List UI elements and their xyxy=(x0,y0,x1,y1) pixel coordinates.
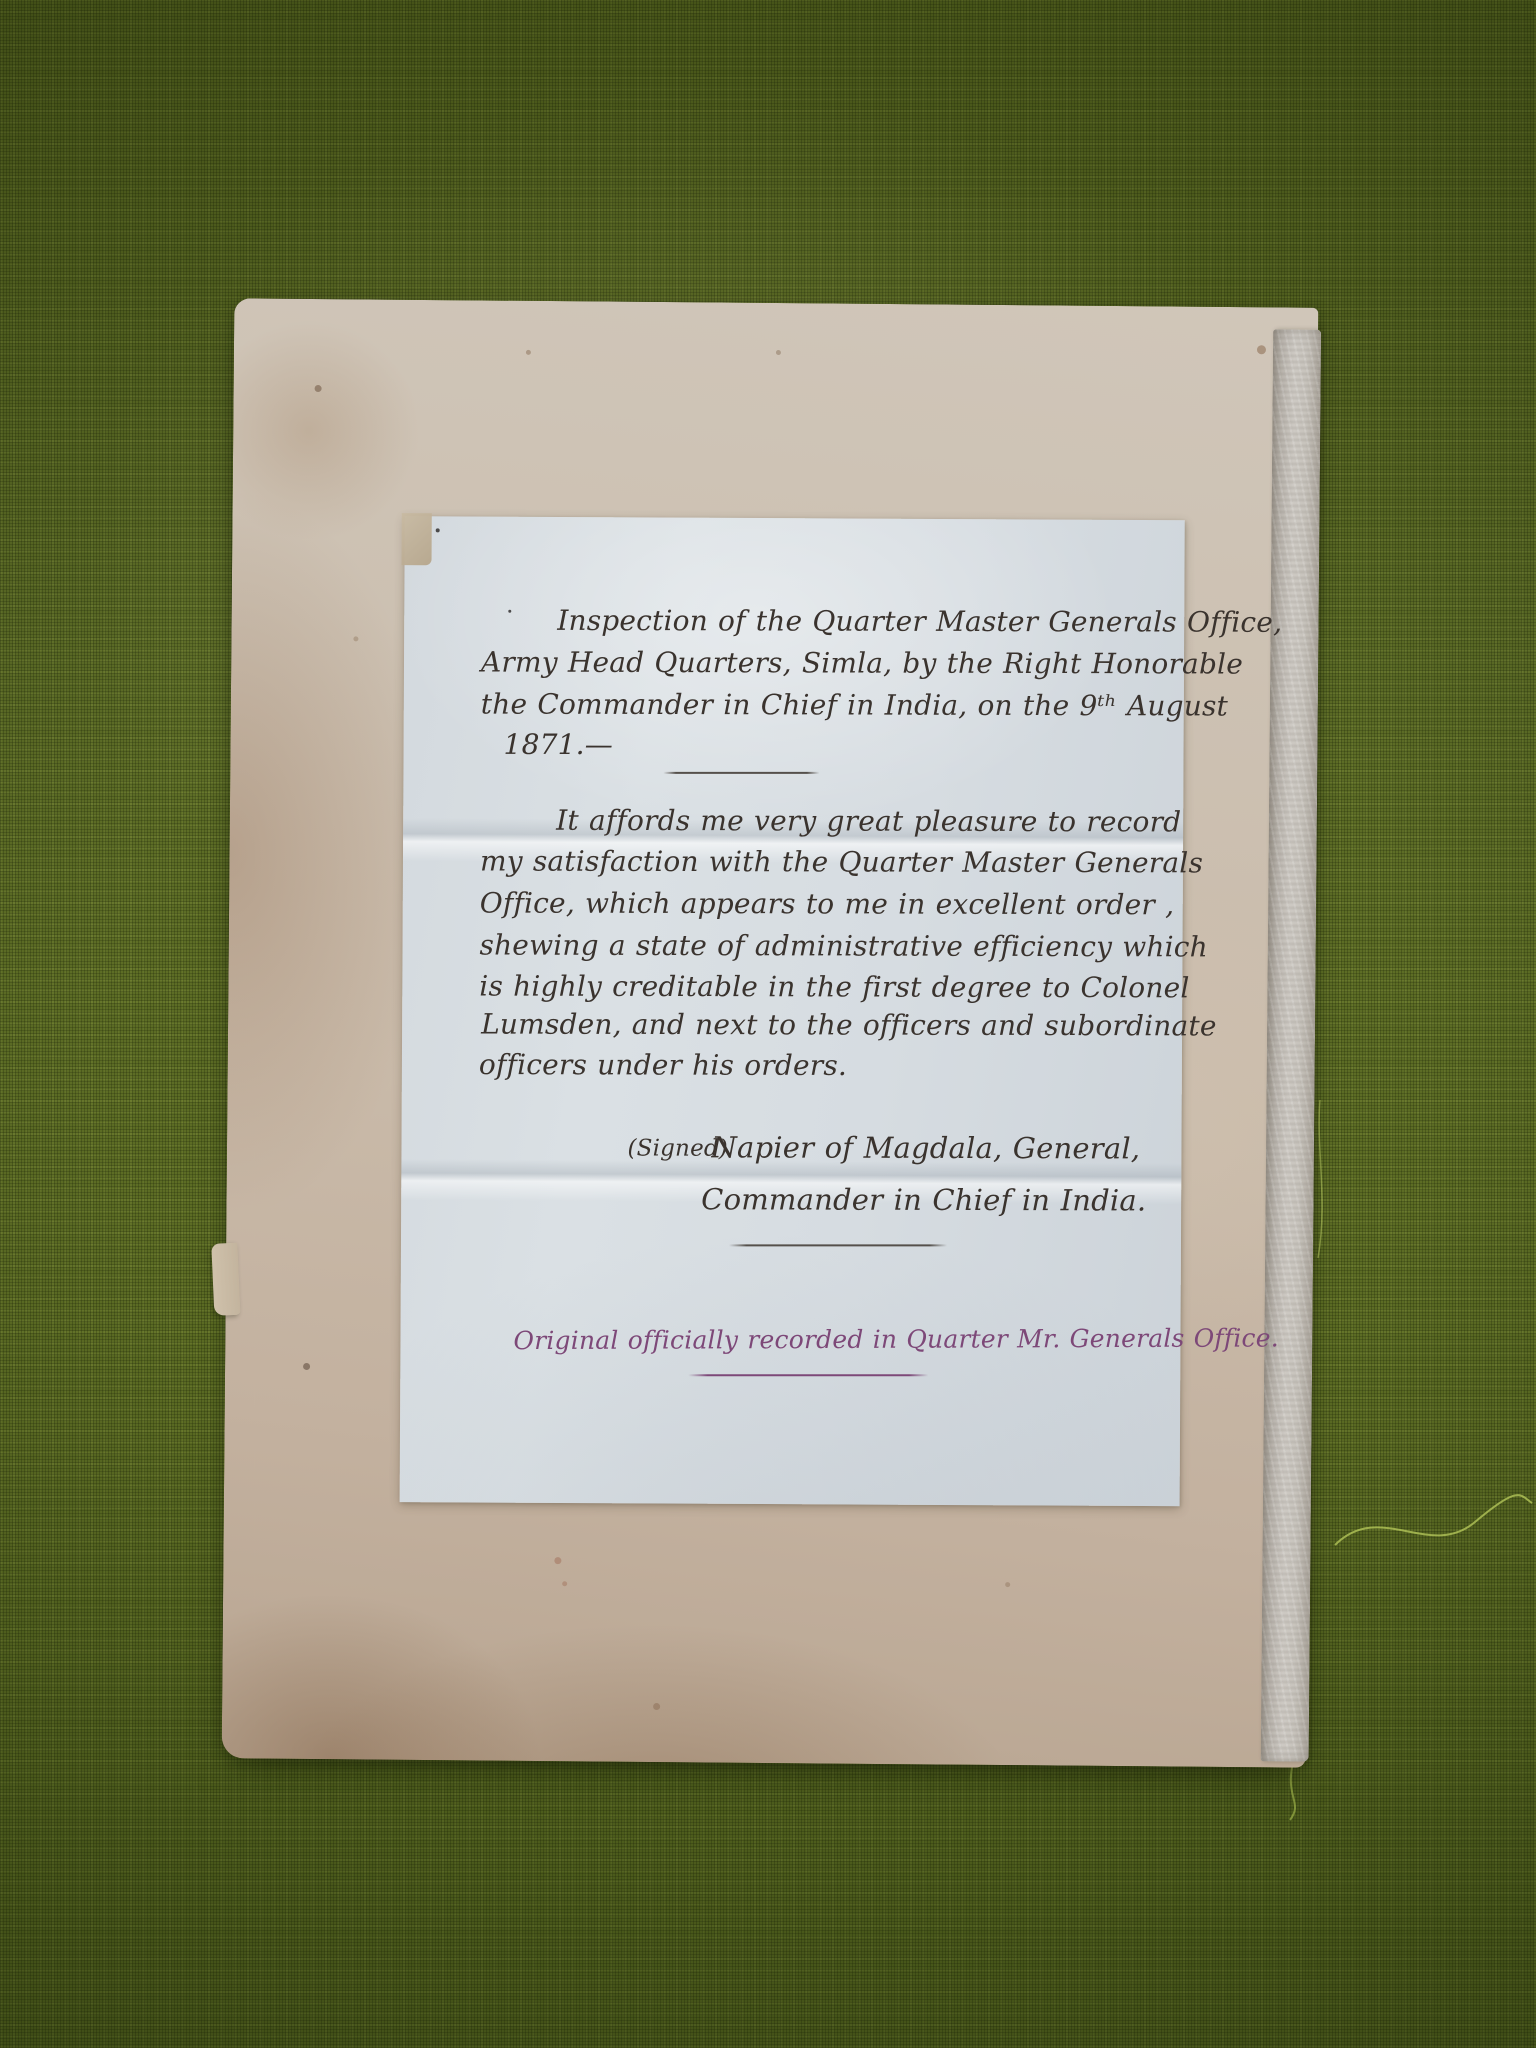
signature-title: Commander in Chief in India. xyxy=(701,1182,1146,1218)
aged-mounting-card: Inspection of the Quarter Master General… xyxy=(222,298,1319,1767)
purple-ink-rule xyxy=(688,1374,928,1376)
body-line-7: officers under his orders. xyxy=(479,1048,847,1083)
body-line-5: is highly creditable in the first degree… xyxy=(479,969,1189,1004)
body-line-3: Office, which appears to me in excellent… xyxy=(480,886,1175,921)
ink-rule-divider xyxy=(663,772,819,774)
recording-note-purple: Original officially recorded in Quarter … xyxy=(513,1323,1278,1356)
torn-paper-flap xyxy=(211,1243,240,1316)
heading-line-3: the Commander in Chief in India, on the … xyxy=(481,688,1228,724)
body-line-6: Lumsden, and next to the officers and su… xyxy=(481,1008,1217,1044)
heading-line-4-date: 1871.— xyxy=(504,728,613,762)
ink-speck xyxy=(436,528,440,532)
handwritten-letter-paper: Inspection of the Quarter Master General… xyxy=(400,516,1185,1506)
body-line-2: my satisfaction with the Quarter Master … xyxy=(480,845,1203,880)
heading-line-1: Inspection of the Quarter Master General… xyxy=(557,604,1282,639)
ink-rule-divider xyxy=(729,1244,947,1246)
tape-corner xyxy=(402,513,432,565)
foxing-stain-spots xyxy=(234,298,239,303)
signature-name: Napier of Magdala, General, xyxy=(711,1130,1140,1166)
ink-speck xyxy=(508,610,511,613)
heading-line-2: Army Head Quarters, Simla, by the Right … xyxy=(481,646,1243,682)
body-line-1: It affords me very great pleasure to rec… xyxy=(556,804,1181,839)
body-line-4: shewing a state of administrative effici… xyxy=(479,929,1207,965)
